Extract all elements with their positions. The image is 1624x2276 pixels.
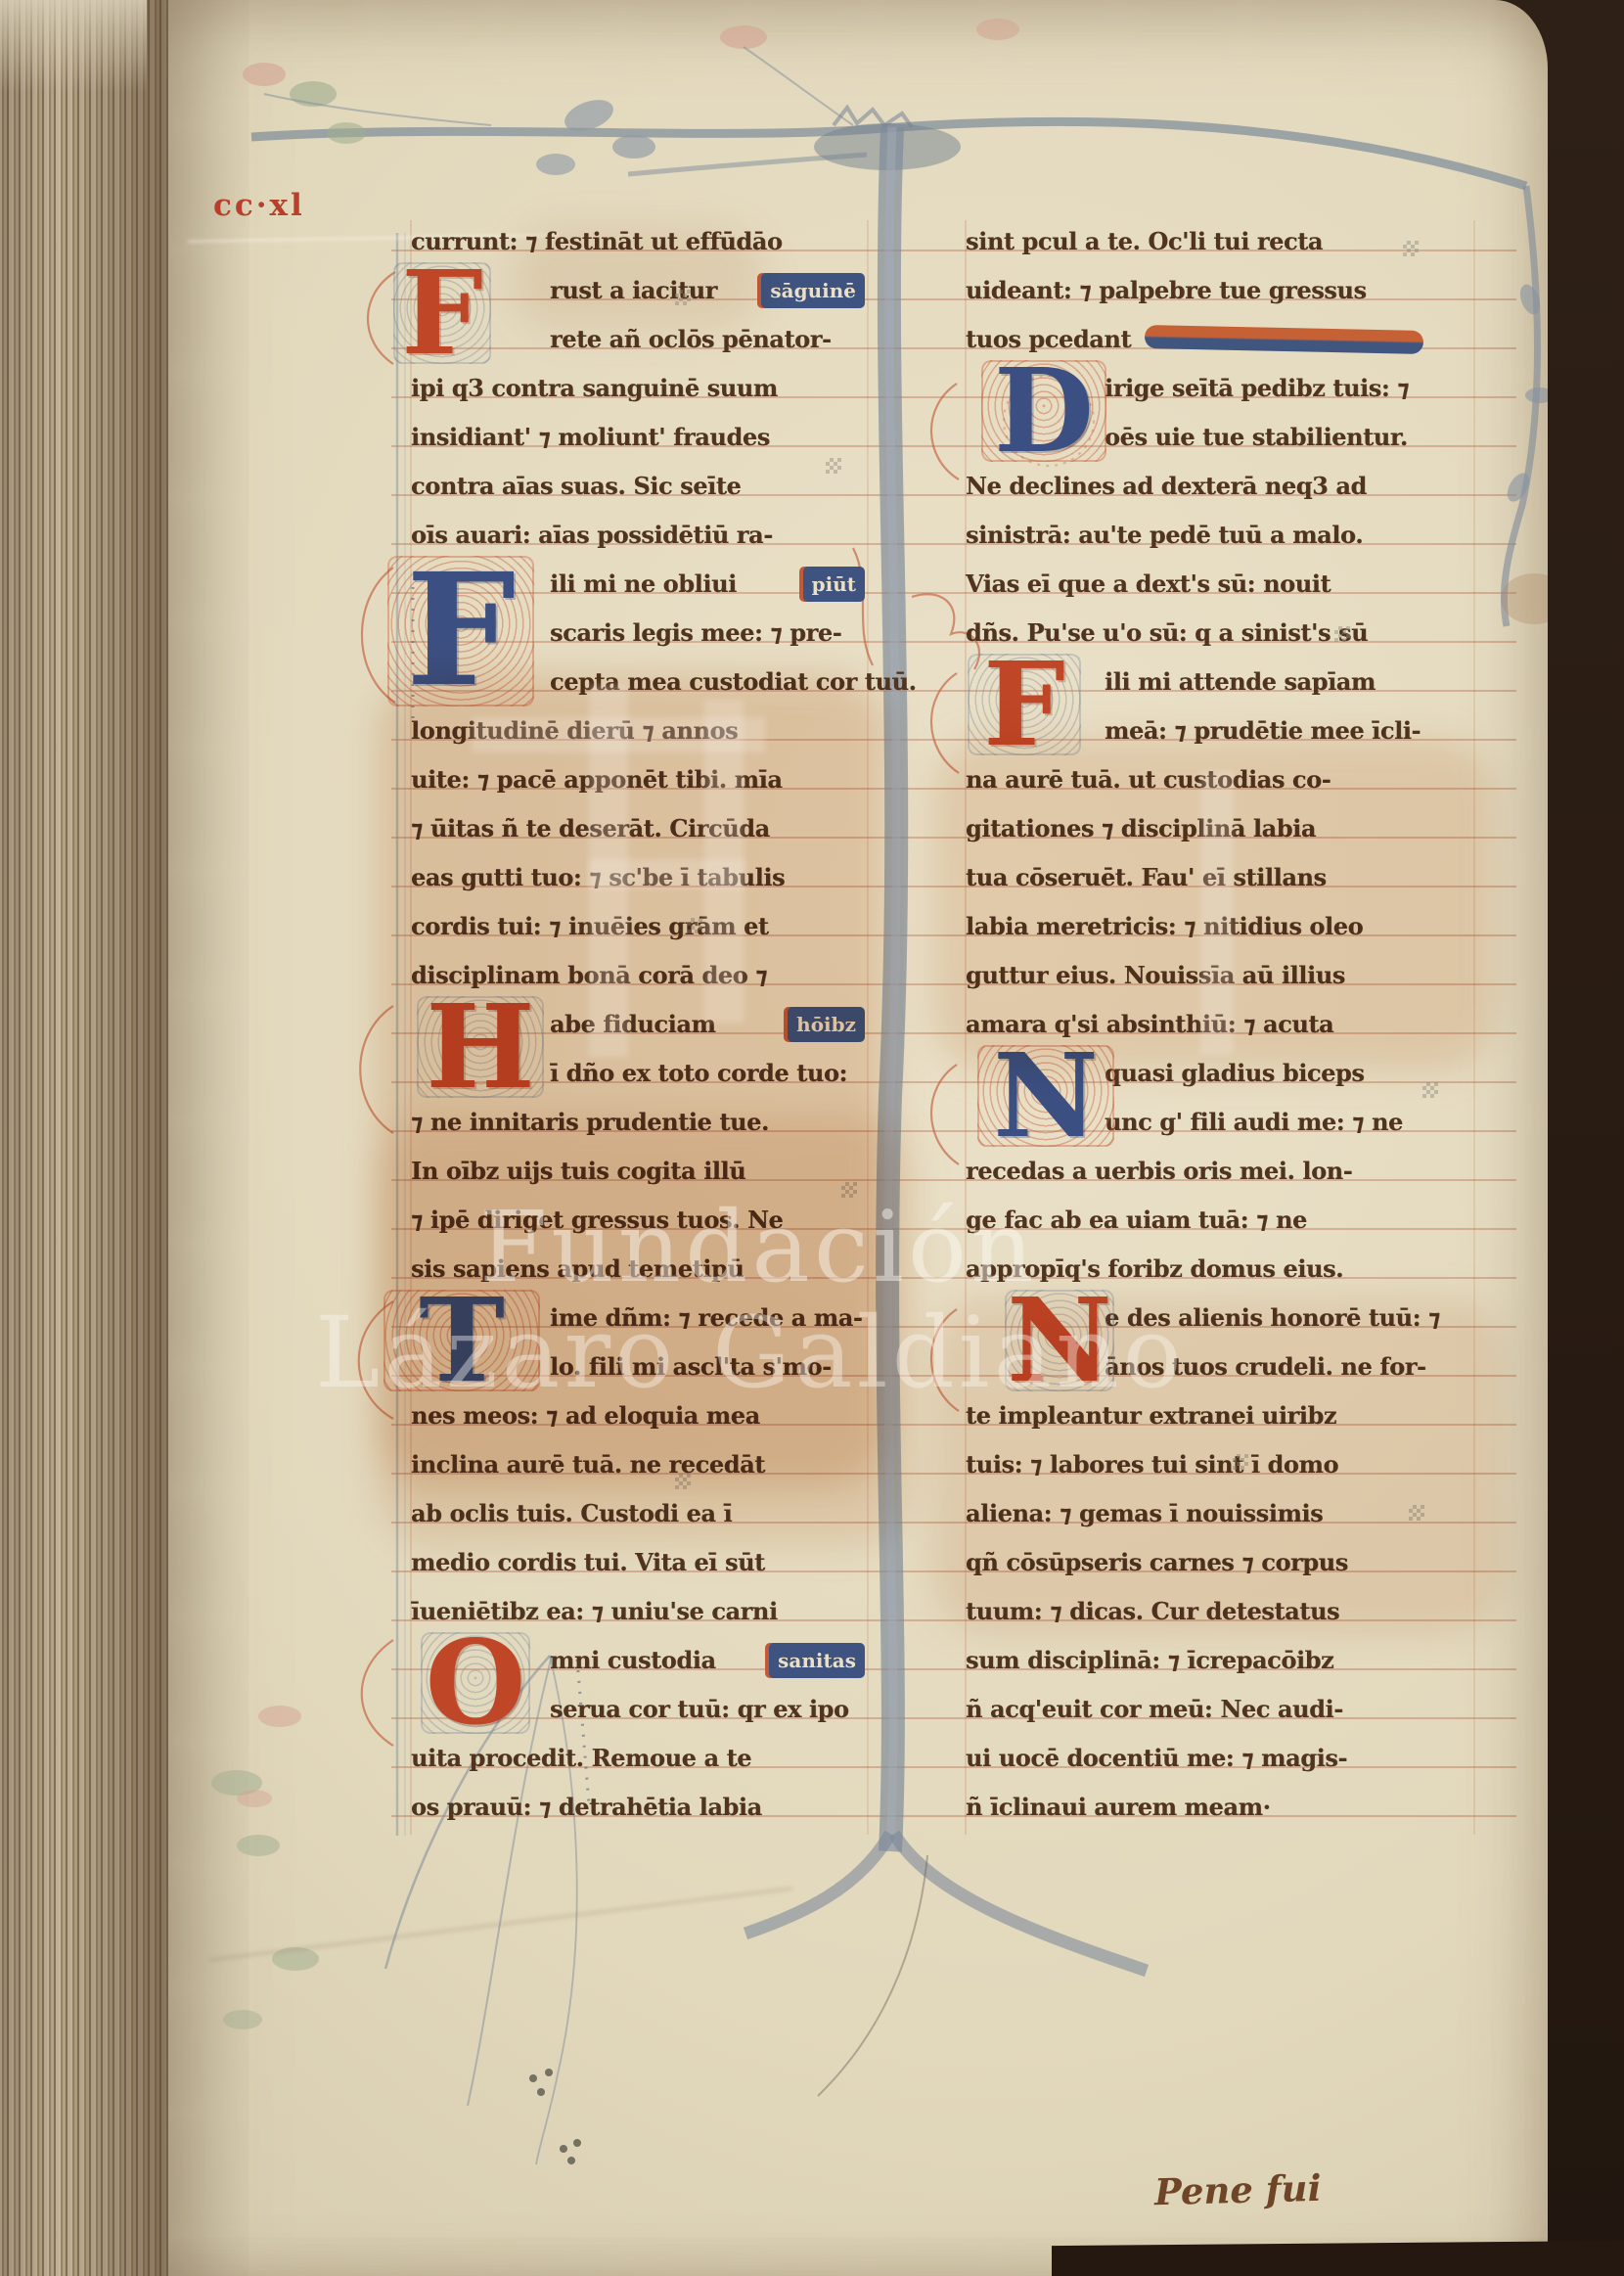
line-text: tua cōseruēt. Fau' eī stillans (966, 853, 1327, 902)
initial-letter: F (983, 656, 1065, 753)
watermark-monogram-bar (589, 685, 628, 1057)
carried-word-ornament: piūt (803, 567, 865, 602)
line-text: tuis: ⁊ labores tui sint ī domo (966, 1440, 1338, 1489)
flower-dots (529, 2069, 581, 2164)
text-line: te impleantur extranei uiribz (966, 1391, 1484, 1440)
text-line: recedas a uerbis oris mei. lon- (966, 1147, 1484, 1196)
text-line: oīs auari: aīas possidētiū ra- (411, 511, 871, 560)
checker-linefill (1409, 1505, 1424, 1521)
line-text: ab oclis tuis. Custodi ea ī (411, 1489, 732, 1538)
line-text: ⁊ ūitas ñ te deserāt. Circūda (411, 804, 770, 853)
text-line: disciplinam bonā corā deo ⁊ (411, 951, 871, 1000)
line-text: ñ acq'euit cor meū: Nec audi- (966, 1685, 1343, 1734)
line-text: ⁊ ipē diriget gressus tuos. Ne (411, 1196, 783, 1245)
text-line: inclina aurē tuā. ne recedāt (411, 1440, 871, 1489)
text-line: eas gutti tuo: ⁊ sc'be ī tabulis (411, 853, 871, 902)
line-text: guttur eius. Nouissīa aū illius (966, 951, 1345, 1000)
initial-letter: F (401, 264, 483, 362)
checker-linefill (1334, 626, 1350, 642)
text-line: ipi q3 contra sanguinē suum (411, 364, 871, 413)
line-text: uita procedit. Remoue a te (411, 1734, 751, 1783)
checker-linefill (841, 1182, 857, 1198)
line-text: tuum: ⁊ dicas. Cur detestatus (966, 1587, 1339, 1636)
foliate-border-art (168, 0, 1548, 2276)
illuminated-initial-T: T (383, 1290, 540, 1391)
text-line: lo. fili mi ascl'ta s'mo- (411, 1343, 871, 1391)
line-text: ñ īclinaui aurem meam· (966, 1783, 1271, 1832)
text-line: oēs uie tue stabilientur. (966, 413, 1484, 462)
text-line: mni custodiasanitas (411, 1636, 871, 1685)
line-text: nes meos: ⁊ ad eloquia mea (411, 1391, 760, 1440)
line-text: dñs. Pu'se u'o sū: q a sinist's sū (966, 609, 1368, 658)
text-line: ⁊ ūitas ñ te deserāt. Circūda (411, 804, 871, 853)
text-line: uita procedit. Remoue a te (411, 1734, 871, 1783)
line-text: abe fiduciam (550, 1000, 716, 1049)
line-text: na aurē tuā. ut custodias co- (966, 755, 1331, 804)
line-text: irige seītā pedibz tuis: ⁊ (1105, 364, 1409, 413)
text-line: In oībz uijs tuis cogita illū (411, 1147, 871, 1196)
illuminated-initial-F: F (968, 654, 1081, 755)
text-line: nes meos: ⁊ ad eloquia mea (411, 1391, 871, 1440)
checker-linefill (1422, 1082, 1438, 1098)
line-text: sum disciplinā: ⁊ īcrepacōibz (966, 1636, 1333, 1685)
text-line: medio cordis tui. Vita eī sūt (411, 1538, 871, 1587)
checker-linefill (675, 290, 691, 305)
line-text: medio cordis tui. Vita eī sūt (411, 1538, 765, 1587)
line-text: unc g' fili audi me: ⁊ ne (1105, 1098, 1403, 1147)
line-text: aliena: ⁊ gemas ī nouissimis (966, 1489, 1323, 1538)
text-line: os prauū: ⁊ detrahētia labia (411, 1783, 871, 1832)
line-text: quasi gladius biceps (1105, 1049, 1365, 1098)
text-line: ime dñm: ⁊ recede a ma- (411, 1294, 871, 1343)
line-text: sinistrā: au'te pedē tuū a malo. (966, 511, 1363, 560)
text-line: dñs. Pu'se u'o sū: q a sinist's sū (966, 609, 1484, 658)
book-page-edges (0, 0, 168, 2276)
line-text: ipi q3 contra sanguinē suum (411, 364, 778, 413)
text-line: ge fac ab ea uiam tuā: ⁊ ne (966, 1196, 1484, 1245)
text-line: cepta mea custodiat cor tuū. (411, 658, 871, 706)
initial-letter: N (1007, 1292, 1112, 1389)
watermark-monogram-bar (1200, 771, 1234, 1055)
text-line: tua cōseruēt. Fau' eī stillans (966, 853, 1484, 902)
text-line: irige seītā pedibz tuis: ⁊ (966, 364, 1484, 413)
text-line: ili mi attende sapīam (966, 658, 1484, 706)
line-text: ime dñm: ⁊ recede a ma- (550, 1294, 862, 1343)
parchment-stain (931, 1297, 1504, 1634)
checker-linefill (1233, 1454, 1248, 1470)
parchment-stain (931, 739, 1494, 1071)
text-line: abe fiduciamhōibz (411, 1000, 871, 1049)
line-text: ui uocē docentiū me: ⁊ magis- (966, 1734, 1347, 1783)
line-text: Ne declines ad dexterā neq3 ad (966, 462, 1367, 511)
line-text: uideant: ⁊ palpebre tue gressus (966, 266, 1367, 315)
line-text: ānos tuos crudeli. ne for- (1105, 1343, 1426, 1391)
line-text: insidiant' ⁊ moliunt' fraudes (411, 413, 770, 462)
line-text: contra aīas suas. Sic seīte (411, 462, 741, 511)
text-line: longitudinē dierū ⁊ annos (411, 706, 871, 755)
watermark-monogram-bar (472, 717, 765, 752)
branch-junction (814, 123, 961, 170)
line-text: ili mi ne obliui (550, 560, 737, 609)
parchment-stain (379, 1115, 912, 1546)
line-text: rust a iacitur (550, 266, 717, 315)
line-text: longitudinē dierū ⁊ annos (411, 706, 738, 755)
text-line: aliena: ⁊ gemas ī nouissimis (966, 1489, 1484, 1538)
page-edge-highlight (0, 0, 147, 93)
text-line: labia meretricis: ⁊ nitidius oleo (966, 902, 1484, 951)
line-text: oīs auari: aīas possidētiū ra- (411, 511, 773, 560)
watermark-text-line1: Fundación (479, 1190, 1037, 1304)
initial-letter: N (993, 1047, 1099, 1145)
line-text: cordis tui: ⁊ inuēies grām et (411, 902, 769, 951)
initial-letter: T (419, 1292, 505, 1389)
line-text: amara q'si absinthiū: ⁊ acuta (966, 1000, 1333, 1049)
line-text: oēs uie tue stabilientur. (1105, 413, 1408, 462)
line-text: mni custodia (550, 1636, 716, 1685)
carried-word-ornament: sāguinē (761, 273, 865, 308)
text-line: gitationes ⁊ disciplinā labia (966, 804, 1484, 853)
text-line: cordis tui: ⁊ inuēies grām et (411, 902, 871, 951)
tree-trunk (887, 127, 896, 1851)
line-text: disciplinam bonā corā deo ⁊ (411, 951, 767, 1000)
line-text: ili mi attende sapīam (1105, 658, 1376, 706)
text-line: Vias eī que a dext's sū: nouit (966, 560, 1484, 609)
text-line: ñ īclinaui aurem meam· (966, 1783, 1484, 1832)
text-line: ānos tuos crudeli. ne for- (966, 1343, 1484, 1391)
parchment-crease (188, 234, 560, 244)
line-text: uite: ⁊ pacē apponēt tibi. mīa (411, 755, 783, 804)
parchment-stain (379, 675, 887, 1487)
text-line: e des alienis honorē tuū: ⁊ (966, 1294, 1484, 1343)
line-text: tuos pcedant (966, 315, 1131, 364)
text-line: ⁊ ipē diriget gressus tuos. Ne (411, 1196, 871, 1245)
illuminated-initial-H: H (417, 996, 544, 1098)
carried-word-ornament: sanitas (769, 1643, 865, 1678)
illuminated-initial-D: D (981, 360, 1106, 462)
text-line: Ne declines ad dexterā neq3 ad (966, 462, 1484, 511)
text-line: meā: ⁊ prudētie mee īcli- (966, 706, 1484, 755)
text-line: ñ acq'euit cor meū: Nec audi- (966, 1685, 1484, 1734)
text-line: uite: ⁊ pacē apponēt tibi. mīa (411, 755, 871, 804)
line-text: īueniētibz ea: ⁊ uniu'se carni (411, 1587, 778, 1636)
checker-linefill (826, 458, 841, 474)
text-line: appropīq's foribz domus eius. (966, 1245, 1484, 1294)
folio-number: cc·xl (213, 188, 305, 223)
text-line: currunt: ⁊ festināt ut effūdāo (411, 217, 871, 266)
text-line: insidiant' ⁊ moliunt' fraudes (411, 413, 871, 462)
text-line: scaris legis mee: ⁊ pre- (411, 609, 871, 658)
line-text: lo. fili mi ascl'ta s'mo- (550, 1343, 832, 1391)
line-text: recedas a uerbis oris mei. lon- (966, 1147, 1352, 1196)
line-text: ge fac ab ea uiam tuā: ⁊ ne (966, 1196, 1307, 1245)
parchment-stain (511, 225, 765, 333)
illuminated-initial-O: O (421, 1632, 530, 1734)
text-line: ⁊ ne innitaris prudentie tue. (411, 1098, 871, 1147)
illuminated-initial-F: F (387, 556, 534, 706)
watermark-monogram-bar (704, 700, 744, 1023)
line-text: appropīq's foribz domus eius. (966, 1245, 1343, 1294)
line-text: inclina aurē tuā. ne recedāt (411, 1440, 765, 1489)
line-text: sint pcul a te. Oc'li tui recta (966, 217, 1323, 266)
text-line: quasi gladius biceps (966, 1049, 1484, 1098)
line-filler-bar (1145, 325, 1423, 354)
text-line: contra aīas suas. Sic seīte (411, 462, 871, 511)
marginal-sketch (1501, 573, 1548, 624)
line-text: os prauū: ⁊ detrahētia labia (411, 1783, 762, 1832)
line-text: sis sapiens apud temetipū (411, 1245, 744, 1294)
illuminated-initial-F: F (393, 262, 491, 364)
text-column-right: sint pcul a te. Oc'li tui rectauideant: … (966, 217, 1484, 1832)
text-line: ab oclis tuis. Custodi ea ī (411, 1489, 871, 1538)
illuminated-initial-N: N (977, 1045, 1114, 1147)
line-text: eas gutti tuo: ⁊ sc'be ī tabulis (411, 853, 785, 902)
text-line: sinistrā: au'te pedē tuū a malo. (966, 511, 1484, 560)
text-line: ili mi ne obliuipiūt (411, 560, 871, 609)
line-text: scaris legis mee: ⁊ pre- (550, 609, 841, 658)
text-line: ī dño ex toto corde tuo: (411, 1049, 871, 1098)
text-line: rete añ oclōs pēnator- (411, 315, 871, 364)
text-line: tuos pcedant (966, 315, 1484, 364)
line-text: In oībz uijs tuis cogita illū (411, 1147, 745, 1196)
tree-root-right (894, 1834, 1147, 1971)
parchment-crease (209, 1887, 792, 1961)
text-line: rust a iacitursāguinē (411, 266, 871, 315)
line-text: te impleantur extranei uiribz (966, 1391, 1336, 1440)
line-text: rete añ oclōs pēnator- (550, 315, 832, 364)
table-background (1052, 2241, 1624, 2276)
text-line: sis sapiens apud temetipū (411, 1245, 871, 1294)
watermark-text-line2: Lázaro Galdiano (315, 1296, 1186, 1410)
text-line: na aurē tuā. ut custodias co- (966, 755, 1484, 804)
text-line: serua cor tuū: qr ex ipo (411, 1685, 871, 1734)
text-line: sint pcul a te. Oc'li tui recta (966, 217, 1484, 266)
checker-linefill (675, 1474, 691, 1489)
initial-letter: D (994, 362, 1094, 460)
line-text: gitationes ⁊ disciplinā labia (966, 804, 1316, 853)
manuscript-page: cc·xl (168, 0, 1548, 2276)
watermark-monogram-bar (589, 859, 745, 888)
line-text: qñ cōsūpseris carnes ⁊ corpus (966, 1538, 1348, 1587)
initial-letter: H (426, 998, 535, 1096)
checker-linefill (687, 918, 702, 933)
text-line: tuis: ⁊ labores tui sint ī domo (966, 1440, 1484, 1489)
text-line: sum disciplinā: ⁊ īcrepacōibz (966, 1636, 1484, 1685)
catchword: Pene fui (1153, 2166, 1322, 2213)
line-text: ī dño ex toto corde tuo: (550, 1049, 847, 1098)
text-line: uideant: ⁊ palpebre tue gressus (966, 266, 1484, 315)
text-line: īueniētibz ea: ⁊ uniu'se carni (411, 1587, 871, 1636)
line-text: currunt: ⁊ festināt ut effūdāo (411, 217, 783, 266)
text-line: tuum: ⁊ dicas. Cur detestatus (966, 1587, 1484, 1636)
initial-letter: O (426, 1634, 526, 1732)
text-line: guttur eius. Nouissīa aū illius (966, 951, 1484, 1000)
line-text: meā: ⁊ prudētie mee īcli- (1105, 706, 1421, 755)
tree-root-left (745, 1834, 890, 1934)
illuminated-initial-N: N (1005, 1290, 1114, 1391)
text-line: ui uocē docentiū me: ⁊ magis- (966, 1734, 1484, 1783)
line-text: labia meretricis: ⁊ nitidius oleo (966, 902, 1363, 951)
line-text: ⁊ ne innitaris prudentie tue. (411, 1098, 769, 1147)
text-line: amara q'si absinthiū: ⁊ acuta (966, 1000, 1484, 1049)
initial-letter: F (406, 566, 516, 697)
carried-word-ornament: hōibz (788, 1007, 865, 1042)
text-line: unc g' fili audi me: ⁊ ne (966, 1098, 1484, 1147)
line-text: Vias eī que a dext's sū: nouit (966, 560, 1331, 609)
line-text: cepta mea custodiat cor tuū. (550, 658, 917, 706)
manuscript-scan: cc·xl (0, 0, 1624, 2276)
text-column-left: currunt: ⁊ festināt ut effūdāorust a iac… (411, 217, 871, 1832)
ruling-lines (391, 217, 1516, 1834)
red-penwork (359, 272, 1094, 1746)
line-text: serua cor tuū: qr ex ipo (550, 1685, 849, 1734)
checker-linefill (1403, 241, 1419, 256)
line-text: e des alienis honorē tuū: ⁊ (1105, 1294, 1440, 1343)
text-line: qñ cōsūpseris carnes ⁊ corpus (966, 1538, 1484, 1587)
